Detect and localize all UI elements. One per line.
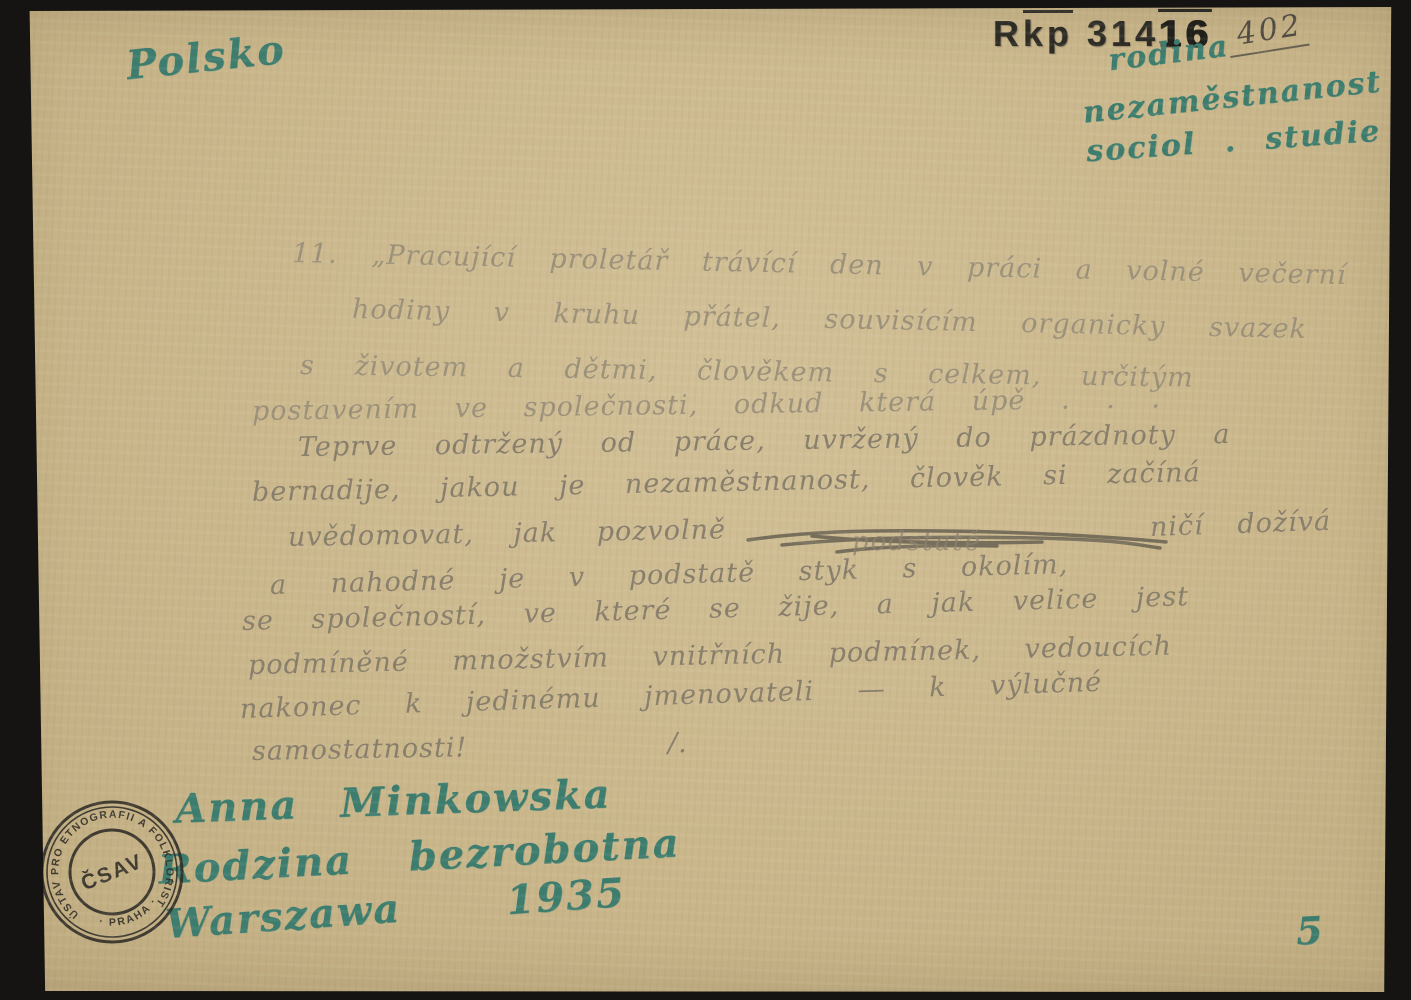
page-number: 5 [1295,907,1324,953]
excerpt-line: ničí dožívá [1149,506,1331,543]
excerpt-line: uvědomovat, jak pozvolně [288,514,727,553]
excerpt-line: samostatnosti! [252,732,468,767]
catalog-stamp-prefix: R [993,13,1023,54]
catalog-pencil-number: 402 [1224,7,1309,58]
excerpt-line: 11. „Pracující proletář trávící den v pr… [292,238,1347,291]
citation-author: Anna Minkowska [174,770,612,832]
catalog-stamp-overbar: kp [1023,10,1073,54]
excerpt-line: postavením ve společnosti, odkud která ú… [252,383,1161,427]
round-institution-stamp: ÚSTAV PRO ETNOGRAFII A FOLKLORISTIKU · P… [22,782,202,962]
excerpt-line: Teprve odtržený od práce, uvržený do prá… [298,419,1231,463]
excerpt-line: bernadije, jakou je nezaměstnanost, člov… [252,457,1201,508]
scan-background: Polsko Rkp 31416 402 rodina nezaměstnano… [0,0,1411,1000]
country-note: Polsko [124,26,288,89]
paper-card: Polsko Rkp 31416 402 rodina nezaměstnano… [0,0,1411,1000]
stamp-center-text: ČSAV [77,849,146,896]
excerpt-line: hodiny v kruhu přátel, souvisícím organi… [352,294,1307,345]
excerpt-end-mark: /. [668,728,688,759]
